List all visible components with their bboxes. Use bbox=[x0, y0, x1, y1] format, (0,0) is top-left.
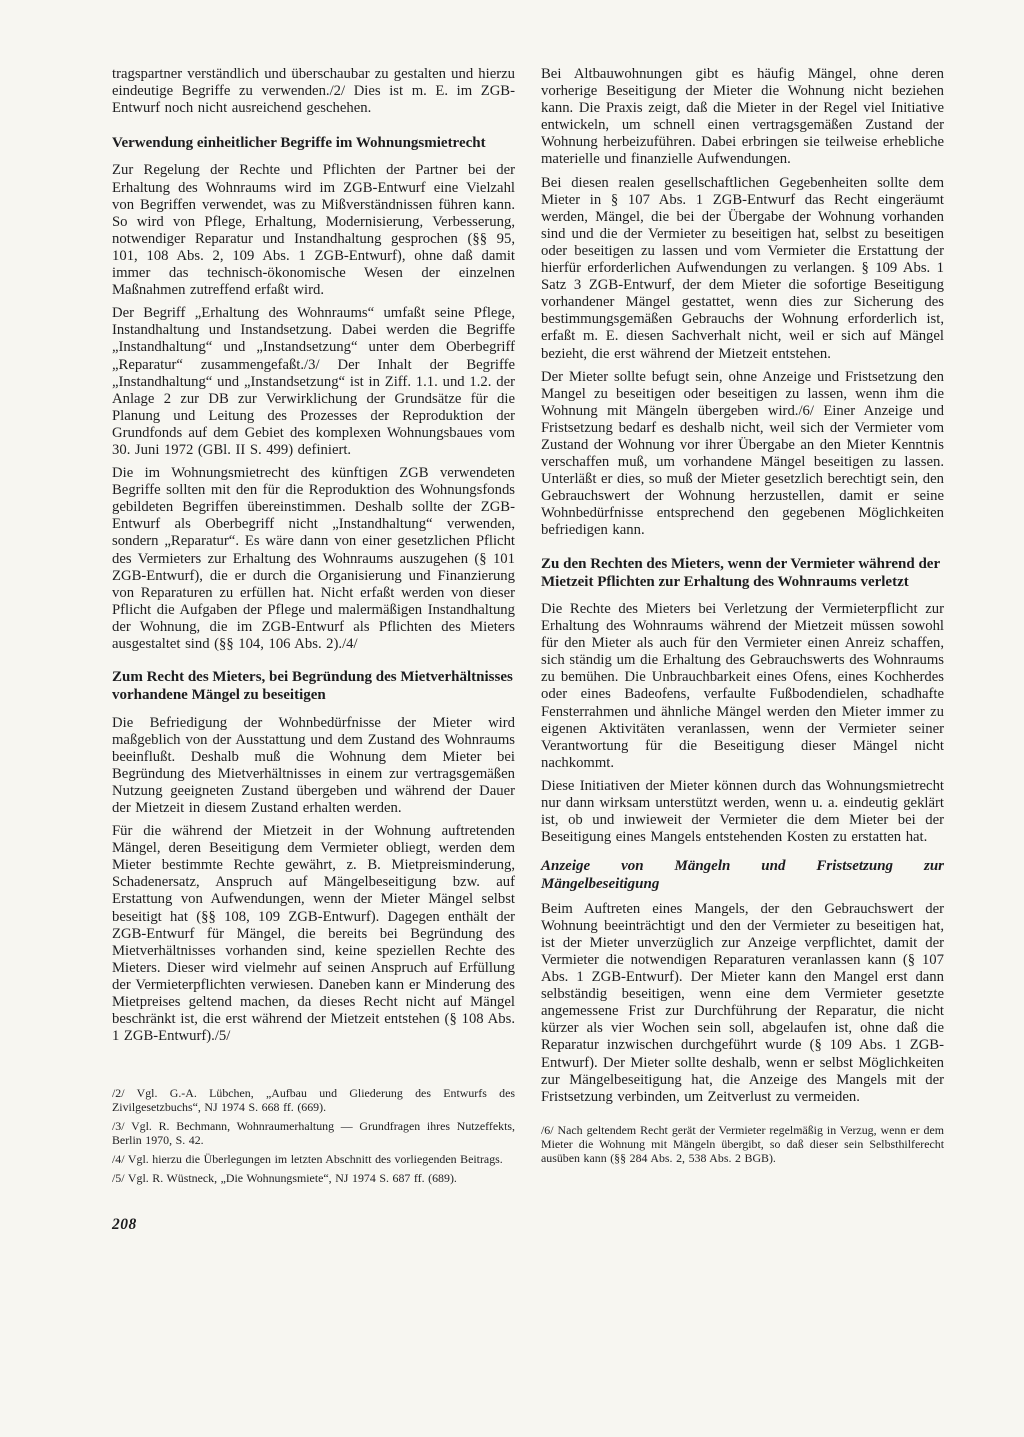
paragraph-continuation: tragspartner verständlich und überschaub… bbox=[112, 66, 515, 117]
page-number: 208 bbox=[112, 1216, 515, 1234]
paragraph: Die Befriedigung der Wohnbedürfnisse der… bbox=[112, 715, 515, 818]
section-heading-pflichtverletzung: Zu den Rechten des Mieters, wenn der Ver… bbox=[541, 555, 944, 591]
footnote-4: /4/ Vgl. hierzu die Überlegungen im letz… bbox=[112, 1153, 515, 1167]
footnote-6: /6/ Nach geltendem Recht gerät der Vermi… bbox=[541, 1124, 944, 1166]
footnote-2: /2/ Vgl. G.-A. Lübchen, „Aufbau und Glie… bbox=[112, 1087, 515, 1115]
footnote-3: /3/ Vgl. R. Bechmann, Wohnraumerhaltung … bbox=[112, 1120, 515, 1148]
left-column: tragspartner verständlich und überschaub… bbox=[112, 66, 515, 1234]
paragraph: Bei diesen realen gesellschaftlichen Geg… bbox=[541, 175, 944, 363]
paragraph: Beim Auftreten eines Mangels, der den Ge… bbox=[541, 901, 944, 1106]
footnotes-left: /2/ Vgl. G.-A. Lübchen, „Aufbau und Glie… bbox=[112, 1087, 515, 1185]
paragraph: Diese Initiativen der Mieter können durc… bbox=[541, 778, 944, 846]
right-column: Bei Altbauwohnungen gibt es häufig Mänge… bbox=[541, 66, 944, 1234]
subheading-anzeige-von-maengeln: Anzeige von Mängeln und Fristsetzung zur… bbox=[541, 857, 944, 893]
section-heading-begriffe: Verwendung einheitlicher Begriffe im Woh… bbox=[112, 134, 515, 152]
footnotes-right: /6/ Nach geltendem Recht gerät der Vermi… bbox=[541, 1124, 944, 1166]
paragraph: Bei Altbauwohnungen gibt es häufig Mänge… bbox=[541, 66, 944, 169]
paragraph: Die Rechte des Mieters bei Verletzung de… bbox=[541, 601, 944, 772]
paragraph: Die im Wohnungsmietrecht des künftigen Z… bbox=[112, 465, 515, 653]
section-heading-recht-des-mieters: Zum Recht des Mieters, bei Begründung de… bbox=[112, 668, 515, 704]
paragraph: Zur Regelung der Rechte und Pflichten de… bbox=[112, 162, 515, 299]
paragraph: Der Mieter sollte befugt sein, ohne Anze… bbox=[541, 369, 944, 540]
footnote-5: /5/ Vgl. R. Wüstneck, „Die Wohnungsmiete… bbox=[112, 1172, 515, 1186]
two-column-layout: tragspartner verständlich und überschaub… bbox=[112, 66, 944, 1234]
paragraph: Für die während der Mietzeit in der Wohn… bbox=[112, 823, 515, 1045]
journal-page: tragspartner verständlich und überschaub… bbox=[0, 0, 1024, 1437]
paragraph: Der Begriff „Erhaltung des Wohnraums“ um… bbox=[112, 305, 515, 459]
